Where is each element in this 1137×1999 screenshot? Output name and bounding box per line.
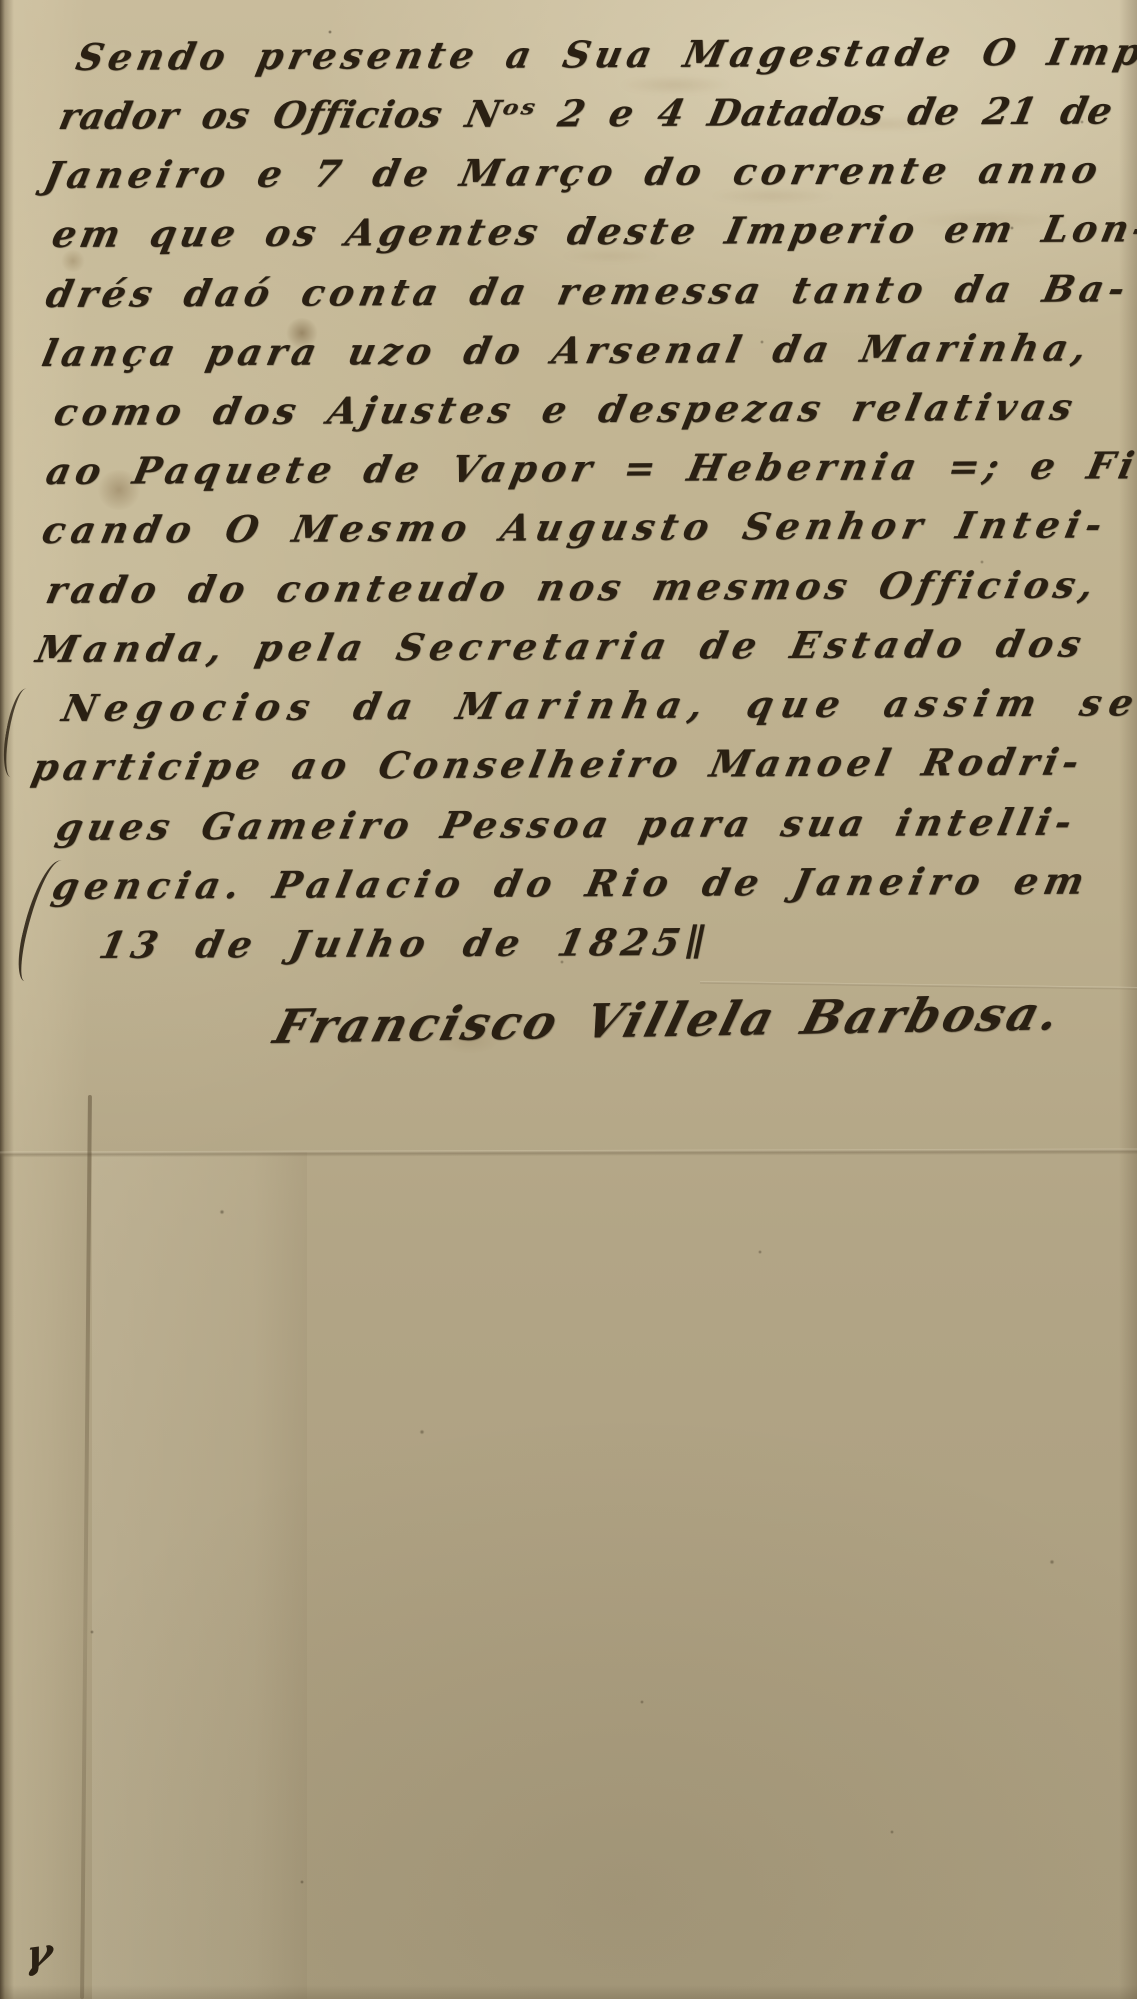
signature-francisco-villela-barbosa: Francisco Villela Barbosa. bbox=[268, 986, 1068, 1055]
manuscript-page: Sendo presente a Sua Magestade O Impe- r… bbox=[0, 0, 1137, 1999]
manuscript-line-14: gues Gameiro Pessoa para sua intelli- bbox=[52, 798, 1081, 851]
manuscript-line-16-date: 13 de Julho de 1825∥ bbox=[95, 918, 716, 969]
manuscript-line-10: rado do conteudo nos mesmos Officios, bbox=[42, 561, 1103, 614]
manuscript-line-8: ao Paquete de Vapor = Hebernia =; e Fi- bbox=[42, 441, 1137, 495]
manuscript-line-13: participe ao Conselheiro Manoel Rodri- bbox=[28, 738, 1088, 791]
manuscript-line-6: lança para uzo do Arsenal da Marinha, bbox=[38, 324, 1096, 377]
horizontal-fold-crease bbox=[0, 1149, 1137, 1158]
marginal-mark: γ bbox=[23, 1928, 55, 1978]
vertical-fold-crease bbox=[80, 1095, 92, 1999]
manuscript-line-5: drés daó conta da remessa tanto da Ba- bbox=[42, 264, 1134, 318]
manuscript-line-1: Sendo presente a Sua Magestade O Impe- bbox=[72, 27, 1137, 81]
manuscript-line-4: em que os Agentes deste Imperio em Lon- bbox=[48, 204, 1137, 258]
manuscript-line-2: rador os Officios Nᵒˢ 2 e 4 Datados de 2… bbox=[55, 86, 1118, 140]
manuscript-line-15: gencia. Palacio do Rio de Janeiro em bbox=[48, 857, 1095, 910]
manuscript-line-11: Manda, pela Secretaria de Estado dos bbox=[32, 620, 1091, 673]
manuscript-line-3: Janeiro e 7 de Março do corrente anno bbox=[40, 145, 1107, 199]
fold-light-band bbox=[92, 1152, 307, 1999]
paper-bottom-edge bbox=[0, 1985, 1137, 1999]
manuscript-line-9: cando O Mesmo Augusto Senhor Intei- bbox=[38, 500, 1112, 554]
manuscript-line-12: Negocios da Marinha, que assim se bbox=[58, 678, 1137, 732]
manuscript-line-7: como dos Ajustes e despezas relativas bbox=[50, 383, 1082, 436]
